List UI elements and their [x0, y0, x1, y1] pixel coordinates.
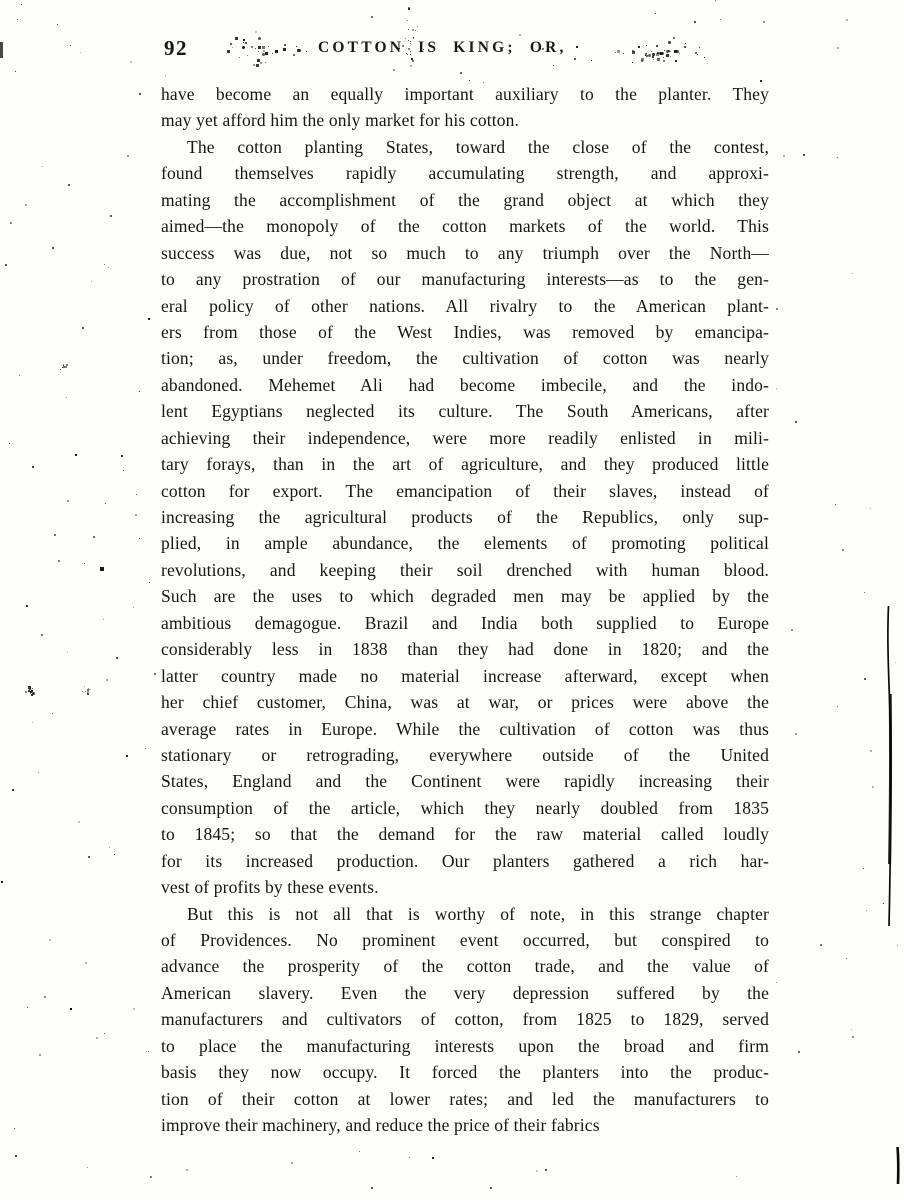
scan-speck [21, 4, 22, 5]
scan-speck [96, 1037, 98, 1039]
scan-speck [798, 1051, 800, 1053]
scan-speck [148, 1051, 149, 1052]
text-line: to 1845; so that the demand for the raw … [161, 821, 769, 847]
scan-speck [272, 53, 273, 54]
scan-speck [66, 364, 68, 366]
scan-speck [668, 41, 671, 44]
scan-speck [84, 686, 85, 687]
scan-speck [648, 54, 651, 57]
scan-speck [30, 691, 32, 693]
scan-speck [139, 538, 140, 539]
scan-speck [263, 50, 265, 52]
scan-speck [121, 455, 123, 457]
scan-speck [262, 53, 265, 56]
scan-speck [265, 52, 268, 55]
scan-speck [52, 247, 54, 249]
scan-speck [623, 53, 624, 54]
scan-speck [32, 466, 34, 468]
text-line: But this is not all that is worthy of no… [161, 901, 769, 927]
scan-speck [89, 689, 90, 690]
scan-speck [664, 50, 665, 51]
scan-speck [186, 1169, 188, 1171]
scan-speck [646, 45, 647, 46]
scan-speck [253, 64, 255, 66]
scan-speck [645, 55, 646, 56]
scan-speck [54, 534, 56, 536]
text-line: revolutions, and keeping their soil dren… [161, 557, 769, 583]
scan-speck [49, 939, 51, 941]
scan-speck [842, 549, 844, 551]
text-line: improve their machinery, and reduce the … [161, 1112, 769, 1138]
scan-speck [31, 689, 32, 690]
scan-speck [679, 53, 680, 54]
scan-speck [298, 49, 301, 52]
scan-speck [694, 21, 696, 23]
scan-speck [133, 607, 134, 608]
scan-speck [12, 789, 14, 791]
page-number: 92 [164, 36, 188, 61]
scan-speck [30, 691, 32, 693]
scan-speck [93, 536, 95, 538]
paragraph: The cotton planting States, toward the c… [161, 134, 769, 901]
scan-speck [28, 690, 30, 692]
scan-speck [235, 37, 238, 40]
scan-speck [100, 567, 104, 571]
scan-speck [19, 375, 20, 376]
scan-edge-mark [0, 42, 3, 58]
scan-speck [80, 52, 81, 53]
scan-speck [28, 686, 31, 689]
scan-speck [657, 53, 658, 54]
text-line: tary forays, than in the art of agricult… [161, 451, 769, 477]
scan-speck [106, 679, 108, 681]
scan-speck [411, 58, 413, 60]
scan-speck [632, 50, 634, 52]
scan-speck [720, 19, 721, 20]
scan-speck [85, 691, 86, 692]
scan-speck [41, 634, 43, 636]
scan-speck [15, 71, 16, 72]
scan-speck [846, 958, 847, 959]
text-line: have become an equally important auxilia… [161, 81, 769, 107]
scan-speck [697, 54, 698, 55]
scan-speck [275, 50, 278, 53]
scan-speck [576, 46, 578, 48]
scan-speck [109, 847, 110, 848]
scan-speck [105, 503, 106, 504]
text-line: tion; as, under freedom, the cultivation… [161, 345, 769, 371]
scan-speck [150, 1176, 152, 1178]
scan-speck [291, 1162, 293, 1164]
scan-speck [707, 63, 708, 64]
scan-speck [255, 48, 256, 49]
scan-speck [154, 673, 156, 675]
scan-speck [638, 46, 640, 48]
scan-speck [306, 51, 307, 52]
scan-speck [26, 605, 28, 607]
scan-speck [432, 1157, 434, 1159]
scan-speck [165, 75, 166, 76]
running-header-title: COTTON IS KING; OR, [318, 39, 567, 57]
scan-speck [883, 903, 884, 904]
scan-speck [663, 60, 665, 62]
text-line: vest of profits by these events. [161, 874, 769, 900]
scan-speck [110, 215, 112, 217]
text-line: considerably less in 1838 than they had … [161, 636, 769, 662]
scan-speck [632, 51, 635, 54]
scan-speck [490, 1187, 492, 1189]
scan-speck [149, 582, 150, 583]
paragraph: But this is not all that is worthy of no… [161, 901, 769, 1139]
scan-speck [646, 55, 648, 57]
scan-speck [852, 1036, 854, 1038]
scan-speck [63, 364, 64, 365]
scan-speck [126, 755, 128, 757]
scan-speck [460, 72, 462, 74]
scan-speck [103, 619, 104, 620]
scan-speck [646, 53, 647, 54]
scan-speck [57, 24, 58, 25]
scan-speck [632, 62, 633, 63]
text-line: Such are the uses to which degraded men … [161, 583, 769, 609]
page-text: have become an equally important auxilia… [161, 81, 769, 1139]
text-line: increasing the agricultural products of … [161, 504, 769, 530]
scan-speck [65, 366, 67, 368]
scan-speck [359, 1151, 360, 1152]
scan-speck [256, 64, 259, 67]
scan-speck [408, 7, 410, 9]
scan-speck [5, 264, 7, 266]
scan-speck [795, 421, 797, 423]
scan-speck [675, 60, 677, 62]
scan-speck [15, 1155, 17, 1157]
scan-speck [776, 388, 777, 389]
scan-speck [655, 13, 656, 14]
scan-speck [864, 678, 866, 680]
scan-speck [145, 748, 146, 749]
scan-speck [851, 1029, 852, 1030]
text-line: aimed—the monopoly of the cotton markets… [161, 213, 769, 239]
scan-speck [870, 750, 872, 752]
scan-speck [230, 43, 232, 45]
scan-speck [783, 155, 785, 157]
scan-speck [268, 46, 269, 47]
scan-speck [699, 47, 700, 48]
text-line: of Providences. No prominent event occur… [161, 927, 769, 953]
text-line: manufacturers and cultivators of cotton,… [161, 1006, 769, 1032]
book-page: 92 COTTON IS KING; OR, have become an eq… [0, 0, 904, 1200]
scan-speck [293, 54, 295, 56]
scan-speck [139, 93, 141, 95]
scan-speck [243, 39, 245, 41]
scan-speck [695, 52, 697, 54]
scan-speck [658, 52, 659, 53]
scan-speck [371, 1187, 373, 1189]
scan-speck [897, 945, 898, 946]
scan-speck [864, 592, 865, 593]
scan-speck [837, 157, 838, 158]
scan-speck [863, 868, 864, 869]
scan-speck [242, 46, 245, 49]
scan-speck [247, 55, 248, 56]
text-line: success was due, not so much to any triu… [161, 240, 769, 266]
scan-speck [31, 694, 33, 696]
scan-speck [32, 722, 33, 723]
scan-speck [704, 57, 705, 58]
scan-speck [25, 691, 27, 693]
text-line: advance the prosperity of the cotton tra… [161, 953, 769, 979]
scan-speck [670, 51, 671, 52]
scan-speck [260, 62, 262, 64]
text-line: to place the manufacturing interests upo… [161, 1033, 769, 1059]
scan-speck [651, 51, 652, 52]
scan-speck [58, 560, 60, 562]
scan-speck [14, 1128, 15, 1129]
scan-speck [116, 657, 118, 659]
scan-speck [258, 37, 261, 40]
scan-speck [676, 50, 679, 53]
scan-speck [574, 58, 576, 60]
scan-speck [108, 267, 109, 268]
scan-speck [127, 155, 129, 157]
scan-speck [668, 50, 670, 52]
scan-speck [666, 54, 669, 57]
scan-speck [660, 52, 663, 55]
text-line: tion of their cotton at lower rates; and… [161, 1086, 769, 1112]
text-line: stationary or retrograding, everywhere o… [161, 742, 769, 768]
scan-speck [297, 49, 300, 52]
scan-speck [114, 854, 115, 855]
scan-speck [284, 44, 286, 46]
scan-speck [87, 691, 89, 693]
scan-speck [715, 0, 716, 1]
scan-speck [673, 37, 675, 39]
text-line: may yet afford him the only market for h… [161, 107, 769, 133]
scan-speck [27, 1007, 28, 1008]
scan-speck [88, 856, 90, 858]
scan-speck [661, 52, 664, 55]
scan-speck [25, 204, 27, 206]
scan-speck [32, 692, 35, 695]
scan-speck [656, 45, 658, 47]
scan-speck [258, 51, 259, 52]
scan-speck [148, 318, 150, 320]
text-line: consumption of the article, which they n… [161, 795, 769, 821]
scan-speck [852, 273, 853, 274]
scan-speck [656, 53, 659, 56]
scan-speck [232, 47, 233, 48]
scan-speck [227, 50, 230, 53]
scan-speck [617, 50, 620, 53]
text-line: ambitious demagogue. Brazil and India bo… [161, 610, 769, 636]
scan-speck [39, 1054, 41, 1056]
scan-speck [60, 369, 61, 370]
scan-speck [87, 689, 89, 691]
scan-speck [52, 713, 53, 714]
scan-speck [657, 58, 660, 61]
scan-speck [66, 397, 67, 398]
scan-speck [265, 62, 266, 63]
scan-speck [645, 53, 647, 55]
scan-speck [653, 59, 654, 60]
text-line: latter country made no material increase… [161, 663, 769, 689]
text-line: to any prostration of our manufacturing … [161, 266, 769, 292]
scan-speck [245, 42, 247, 44]
scan-speck [870, 508, 871, 509]
scan-speck [371, 16, 373, 18]
scan-speck [795, 733, 797, 735]
scan-speck [139, 391, 140, 392]
text-line: plied, in ample abundance, the elements … [161, 530, 769, 556]
scan-speck [674, 50, 677, 53]
scan-speck [67, 500, 69, 502]
text-line: average rates in Europe. While the culti… [161, 716, 769, 742]
scan-speck [33, 693, 34, 694]
scan-speck [763, 21, 765, 23]
scan-speck [545, 1169, 547, 1171]
scan-speck [135, 514, 137, 516]
scan-speck [820, 944, 822, 946]
scan-speck [239, 57, 240, 58]
scan-speck [262, 46, 265, 49]
scan-speck [104, 264, 105, 265]
scan-speck [641, 58, 644, 61]
text-line: mating the accomplishment of the grand o… [161, 187, 769, 213]
scan-speck [660, 52, 663, 55]
text-line: abandoned. Mehemet Ali had become imbeci… [161, 372, 769, 398]
scan-speck [684, 46, 686, 48]
scan-speck [30, 693, 31, 694]
scan-speck [10, 222, 12, 224]
scan-speck [29, 688, 31, 690]
scan-speck [666, 50, 669, 53]
scan-speck [408, 8, 410, 10]
scan-speck [736, 1176, 737, 1177]
text-line: ers from those of the West Indies, was r… [161, 319, 769, 345]
scan-speck [872, 786, 874, 788]
scan-speck [68, 184, 70, 186]
scan-speck [837, 706, 838, 707]
scan-speck [652, 53, 655, 56]
scan-speck [895, 662, 896, 663]
scan-speck [78, 821, 80, 823]
paragraph: have become an equally important auxilia… [161, 81, 769, 134]
scan-speck [519, 34, 521, 36]
scan-speck [82, 691, 83, 692]
scan-speck [90, 689, 91, 690]
scan-speck [393, 69, 395, 71]
scan-speck [63, 365, 64, 366]
scan-speck [82, 327, 84, 329]
scan-speck [417, 26, 418, 27]
scan-speck [133, 1008, 135, 1010]
scan-speck [91, 281, 92, 282]
text-line: found themselves rapidly accumulating st… [161, 160, 769, 186]
scan-speck [251, 46, 253, 48]
scan-speck [42, 166, 43, 167]
scan-speck [536, 1170, 538, 1172]
scan-speck [670, 56, 671, 57]
text-line: cotton for export. The emancipation of t… [161, 478, 769, 504]
scan-speck [791, 629, 793, 631]
scan-speck [283, 48, 286, 51]
scan-speck [63, 366, 65, 368]
scan-speck [659, 52, 662, 55]
scan-speck [243, 42, 244, 43]
scan-speck [32, 688, 33, 689]
scan-speck [835, 504, 836, 505]
scan-speck [1, 881, 3, 883]
scan-speck [85, 962, 87, 964]
scan-speck [415, 30, 416, 31]
scan-speck [776, 308, 778, 310]
scan-speck [296, 46, 297, 47]
scan-speck [31, 690, 33, 692]
scan-speck [17, 19, 18, 20]
scan-speck [87, 693, 89, 695]
scan-speck [255, 31, 257, 33]
scan-speck [44, 996, 46, 998]
scan-speck [257, 59, 260, 62]
scan-speck [412, 60, 414, 62]
scan-speck [837, 47, 839, 49]
text-line: lent Egyptians neglected its culture. Th… [161, 398, 769, 424]
text-line: basis they now occupy. It forced the pla… [161, 1059, 769, 1085]
scan-speck [87, 1167, 88, 1168]
text-line: her chief customer, China, was at war, o… [161, 689, 769, 715]
scan-speck [29, 690, 30, 691]
scan-speck [70, 45, 71, 46]
scan-speck [88, 688, 89, 689]
scan-speck [9, 443, 10, 444]
scan-speck [62, 367, 63, 368]
scan-speck [641, 60, 643, 62]
text-line: eral policy of other nations. All rivalr… [161, 293, 769, 319]
text-line: States, England and the Continent were r… [161, 768, 769, 794]
scan-speck [136, 494, 137, 495]
scan-speck [408, 29, 409, 30]
scan-speck [70, 1008, 72, 1010]
scan-speck [776, 982, 777, 983]
scan-speck [846, 19, 848, 21]
scan-speck [130, 61, 132, 63]
scan-speck [75, 454, 77, 456]
scan-speck [657, 52, 659, 54]
text-line: American slavery. Even the very depressi… [161, 980, 769, 1006]
scan-speck [652, 56, 654, 58]
scan-speck [553, 65, 554, 66]
scan-speck [409, 1157, 410, 1158]
scan-speck [123, 470, 124, 471]
text-line: for its increased production. Our plante… [161, 848, 769, 874]
scan-speck [67, 652, 68, 653]
scan-speck [38, 772, 39, 773]
scan-speck [685, 43, 686, 44]
scan-speck [258, 46, 261, 49]
scan-speck [591, 60, 592, 61]
scan-speck [410, 65, 412, 67]
scan-speck [84, 563, 85, 564]
scan-speck [663, 57, 664, 58]
scan-speck [866, 910, 867, 911]
scan-speck [412, 29, 414, 31]
scan-speck [407, 20, 408, 21]
text-line: achieving their independence, were more … [161, 425, 769, 451]
scan-speck [104, 1033, 105, 1034]
scan-speck [262, 46, 263, 47]
scan-speck [615, 52, 616, 53]
text-line: The cotton planting States, toward the c… [161, 134, 769, 160]
